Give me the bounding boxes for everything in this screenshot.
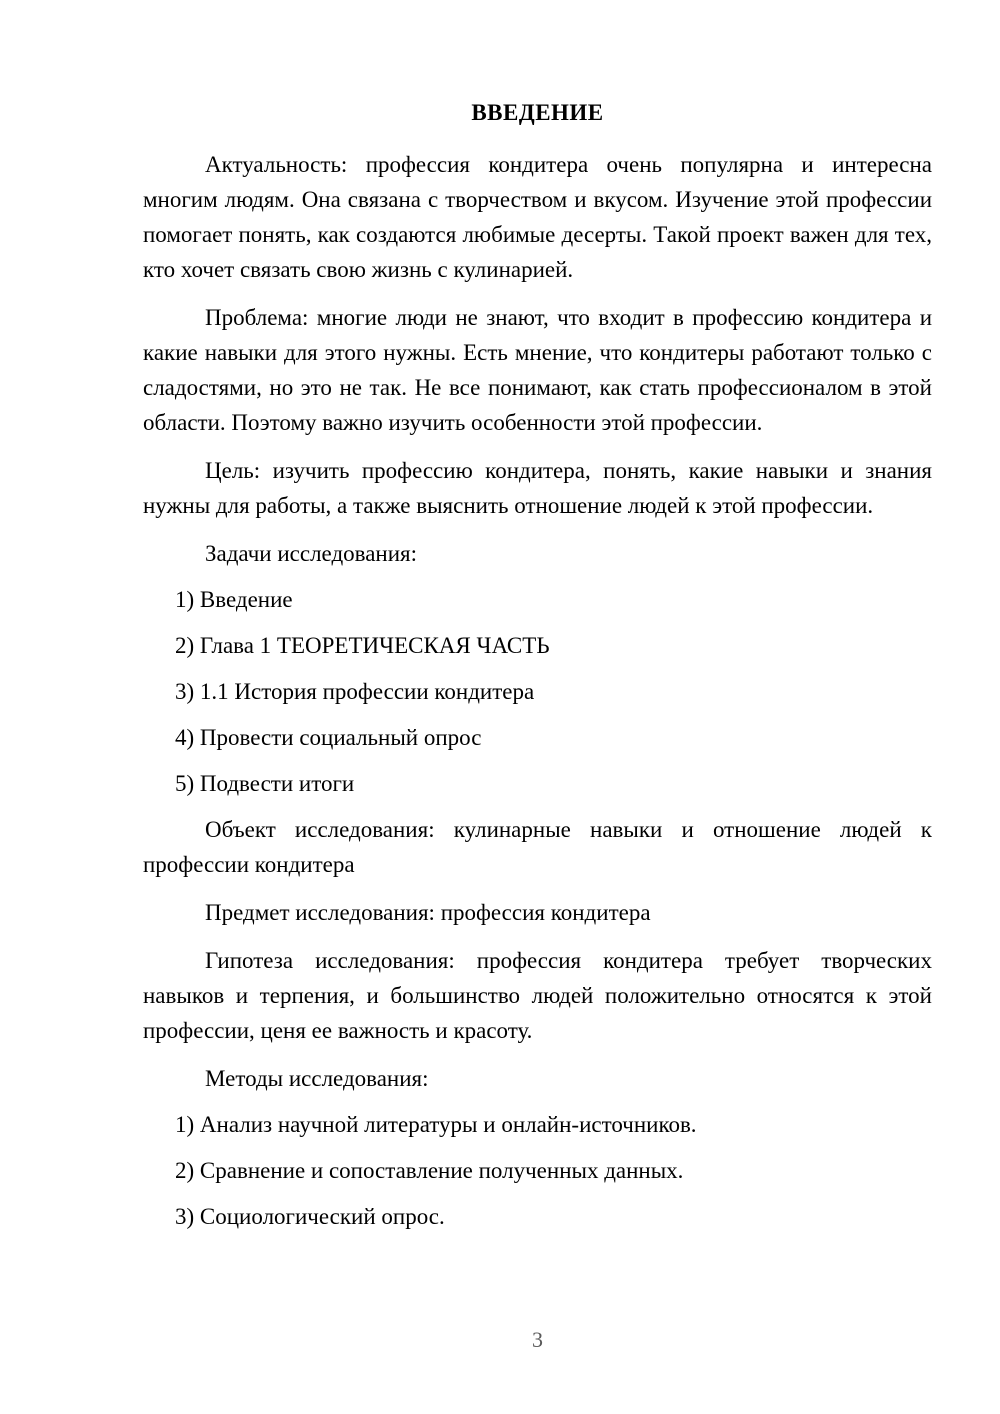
page-title: ВВЕДЕНИЕ <box>143 95 932 130</box>
method-item-2: 2) Сравнение и сопоставление полученных … <box>175 1153 932 1188</box>
paragraph-problema: Проблема: многие люди не знают, что вход… <box>143 300 932 440</box>
methods-list: 1) Анализ научной литературы и онлайн-ис… <box>175 1107 932 1234</box>
tasks-heading: Задачи исследования: <box>143 536 932 571</box>
paragraph-predmet: Предмет исследования: профессия кондитер… <box>143 895 932 930</box>
task-item-5: 5) Подвести итоги <box>175 766 932 801</box>
method-item-1: 1) Анализ научной литературы и онлайн-ис… <box>175 1107 932 1142</box>
task-item-4: 4) Провести социальный опрос <box>175 720 932 755</box>
paragraph-aktualnost: Актуальность: профессия кондитера очень … <box>143 147 932 287</box>
page-number: 3 <box>143 1325 932 1355</box>
paragraph-tsel: Цель: изучить профессию кондитера, понят… <box>143 453 932 523</box>
task-item-3: 3) 1.1 История профессии кондитера <box>175 674 932 709</box>
paragraph-gipoteza: Гипотеза исследования: профессия кондите… <box>143 943 932 1048</box>
document-page: ВВЕДЕНИЕ Актуальность: профессия кондите… <box>0 0 1000 1414</box>
page-content: ВВЕДЕНИЕ Актуальность: профессия кондите… <box>143 95 932 1245</box>
methods-heading: Методы исследования: <box>143 1061 932 1096</box>
task-item-1: 1) Введение <box>175 582 932 617</box>
method-item-3: 3) Социологический опрос. <box>175 1199 932 1234</box>
paragraph-obekt: Объект исследования: кулинарные навыки и… <box>143 812 932 882</box>
tasks-list: 1) Введение 2) Глава 1 ТЕОРЕТИЧЕСКАЯ ЧАС… <box>175 582 932 801</box>
task-item-2: 2) Глава 1 ТЕОРЕТИЧЕСКАЯ ЧАСТЬ <box>175 628 932 663</box>
